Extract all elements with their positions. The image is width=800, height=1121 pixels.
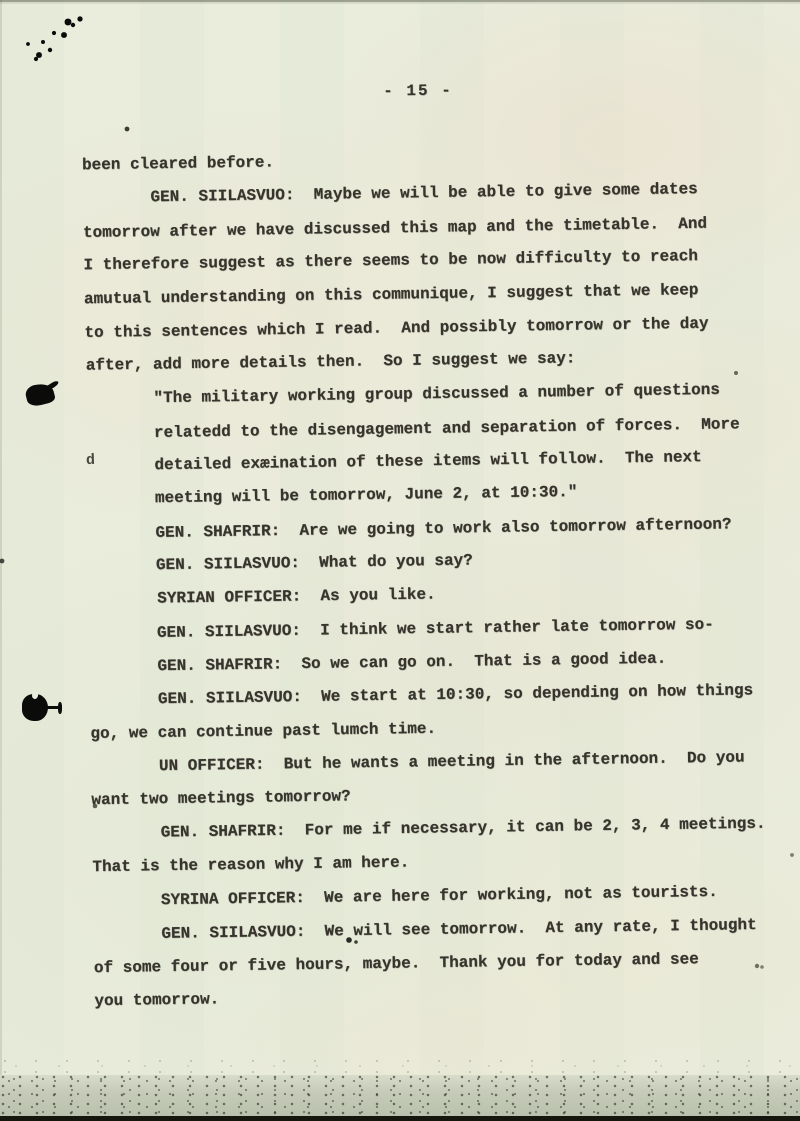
page-number: - 15 - [18,78,800,104]
scan-edge-band [0,1075,800,1121]
scan-noise-sparse [0,1058,800,1076]
transcript-text: been cleared before. GEN. SIILASVUO: May… [0,139,800,1020]
scanned-document-page: - 15 - d been cleared before. GEN. SIILA… [0,0,800,1121]
scan-edge-dark-strip [0,1116,800,1121]
stray-ink-specks [0,0,2,2]
